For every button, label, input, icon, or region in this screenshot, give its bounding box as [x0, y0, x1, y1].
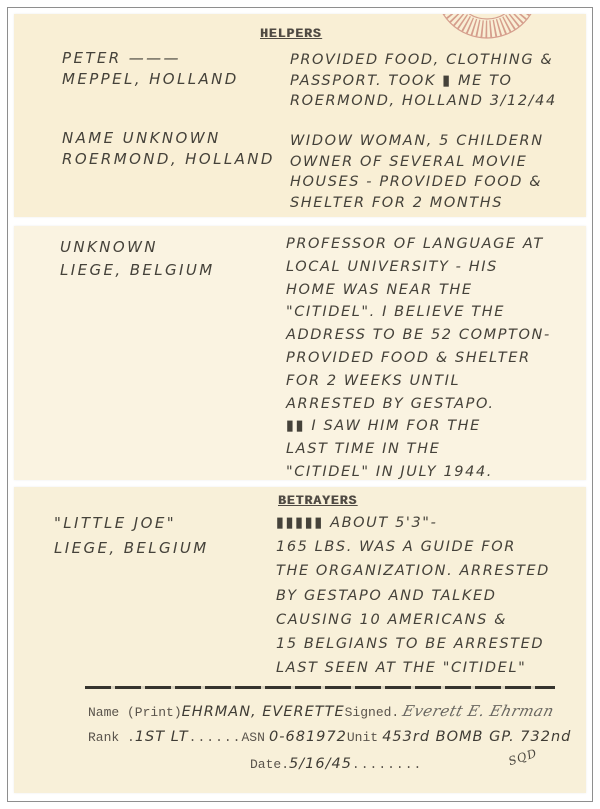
helpers-header: HELPERS: [260, 26, 322, 41]
separator-line: [85, 686, 555, 689]
scanned-document-page: HELPERS PETER ——— MEPPEL, HOLLAND PROVID…: [0, 0, 600, 809]
helper-details: PROFESSOR OF LANGUAGE AT LOCAL UNIVERSIT…: [286, 233, 582, 480]
asn-label: ASN: [241, 730, 264, 745]
unit-value: 453rd BOMB GP. 732nd: [382, 729, 571, 745]
date-label: Date.: [250, 757, 289, 772]
helper-details: PROVIDED FOOD, CLOTHING & PASSPORT. TOOK…: [290, 50, 580, 112]
betrayers-card: BETRAYERS "LITTLE JOE" LIEGE, BELGIUM ▮▮…: [14, 487, 586, 793]
form-name-row: Name (Print)EHRMAN, EVERETTESigned. Ever…: [88, 702, 554, 720]
betrayer-name: "LITTLE JOE" LIEGE, BELGIUM: [54, 511, 209, 561]
helper-name: NAME UNKNOWN ROERMOND, HOLLAND: [62, 128, 275, 170]
unit-label: Unit: [347, 730, 378, 745]
helper-name: UNKNOWN LIEGE, BELGIUM: [60, 236, 215, 282]
signature: Everett E. Ehrman: [401, 702, 556, 720]
date-dots: ........: [352, 757, 422, 772]
helper-name: PETER ——— MEPPEL, HOLLAND: [62, 48, 239, 90]
betrayer-details: ▮▮▮▮▮ ABOUT 5'3"- 165 LBS. WAS A GUIDE F…: [276, 511, 578, 680]
date-value: 5/16/45: [289, 756, 352, 772]
rank-dots: ......: [189, 730, 242, 745]
helper-continuation-card: UNKNOWN LIEGE, BELGIUM PROFESSOR OF LANG…: [14, 226, 586, 480]
squadron-note: SQD: [507, 746, 539, 768]
name-print-value: EHRMAN, EVERETTE: [182, 704, 345, 720]
name-print-label: Name (Print): [88, 705, 182, 720]
signed-label: Signed.: [345, 705, 400, 720]
form-date-row: Date.5/16/45........: [250, 756, 422, 772]
asn-value: 0-681972: [269, 729, 347, 745]
rank-label: Rank .: [88, 730, 135, 745]
betrayers-header: BETRAYERS: [278, 493, 357, 508]
helper-details: WIDOW WOMAN, 5 CHILDERN OWNER OF SEVERAL…: [290, 131, 580, 213]
helpers-card: HELPERS PETER ——— MEPPEL, HOLLAND PROVID…: [14, 14, 586, 217]
form-rank-row: Rank .1ST LT......ASN 0-681972Unit 453rd…: [88, 729, 571, 745]
rank-value: 1ST LT: [135, 729, 189, 745]
